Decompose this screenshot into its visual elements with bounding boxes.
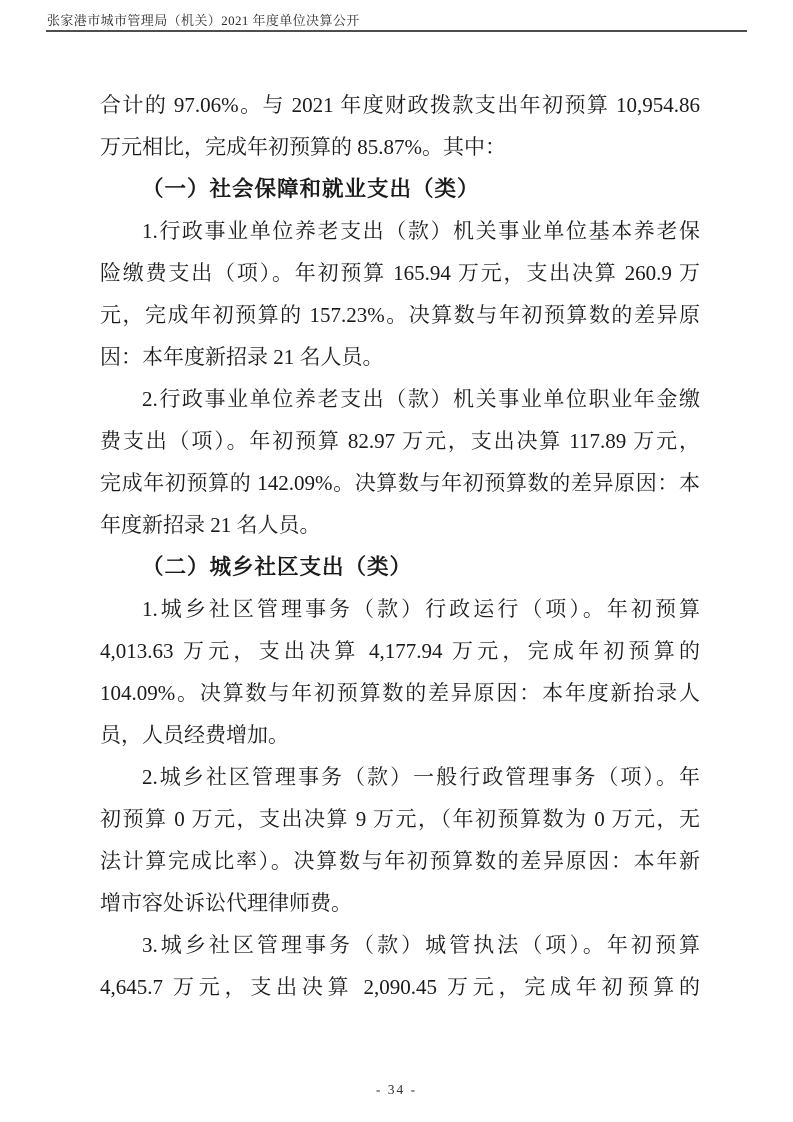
text-line: 3.城乡社区管理事务（款）城管执法（项）。年初预算 <box>100 924 700 966</box>
section-heading: （一）社会保障和就业支出（类） <box>100 168 700 210</box>
text-line: 2.城乡社区管理事务（款）一般行政管理事务（项）。年 <box>100 756 700 798</box>
text-line: 员，人员经费增加。 <box>100 714 700 756</box>
text-line: 增市容处诉讼代理律师费。 <box>100 882 700 924</box>
text-line: 年度新招录 21 名人员。 <box>100 504 700 546</box>
text-line: 104.09%。决算数与年初预算数的差异原因：本年度新抬录人 <box>100 672 700 714</box>
page-number: - 34 - <box>376 1082 417 1097</box>
text-line: 完成年初预算的 142.09%。决算数与年初预算数的差异原因：本 <box>100 462 700 504</box>
text-line: 因：本年度新招录 21 名人员。 <box>100 336 700 378</box>
text-line: 合计的 97.06%。与 2021 年度财政拨款支出年初预算 10,954.86 <box>100 84 700 126</box>
page-header-title: 张家港市城市管理局（机关）2021 年度单位决算公开 <box>47 10 360 29</box>
text-line: 4,013.63 万元，支出决算 4,177.94 万元，完成年初预算的 <box>100 630 700 672</box>
text-line: 法计算完成比率）。决算数与年初预算数的差异原因：本年新 <box>100 840 700 882</box>
header-divider <box>46 30 747 32</box>
document-body: 合计的 97.06%。与 2021 年度财政拨款支出年初预算 10,954.86… <box>100 84 700 1008</box>
document-page: 张家港市城市管理局（机关）2021 年度单位决算公开 合计的 97.06%。与 … <box>0 0 793 1122</box>
text-line: 1.城乡社区管理事务（款）行政运行（项）。年初预算 <box>100 588 700 630</box>
text-line: 4,645.7 万元，支出决算 2,090.45 万元，完成年初预算的 <box>100 966 700 1008</box>
text-line: 元，完成年初预算的 157.23%。决算数与年初预算数的差异原 <box>100 294 700 336</box>
text-line: 初预算 0 万元，支出决算 9 万元，（年初预算数为 0 万元，无 <box>100 798 700 840</box>
page-footer: - 34 - <box>0 1082 793 1098</box>
text-line: 险缴费支出（项）。年初预算 165.94 万元，支出决算 260.9 万 <box>100 252 700 294</box>
text-line: 费支出（项）。年初预算 82.97 万元，支出决算 117.89 万元， <box>100 420 700 462</box>
text-line: 2.行政事业单位养老支出（款）机关事业单位职业年金缴 <box>100 378 700 420</box>
text-line: 1.行政事业单位养老支出（款）机关事业单位基本养老保 <box>100 210 700 252</box>
text-line: 万元相比，完成年初预算的 85.87%。其中： <box>100 126 700 168</box>
section-heading: （二）城乡社区支出（类） <box>100 546 700 588</box>
